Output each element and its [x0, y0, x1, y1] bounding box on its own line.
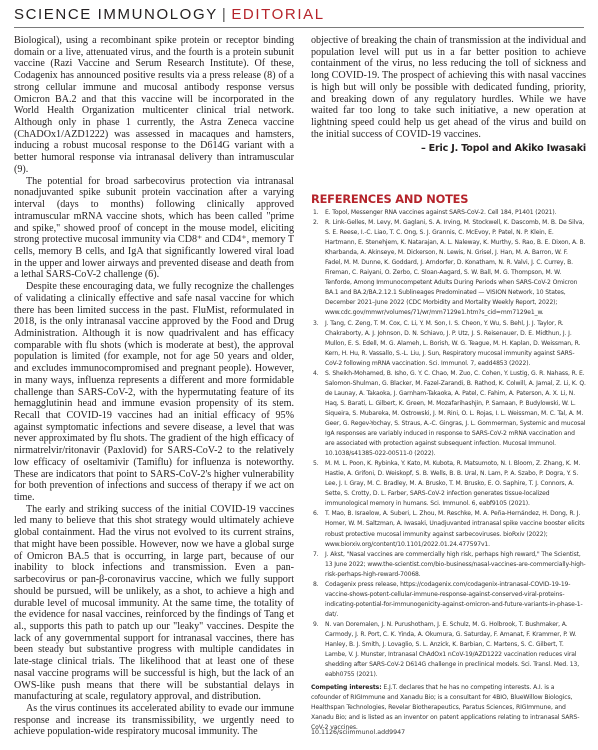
left-column: Biological), using a recombinant spike p…: [14, 35, 294, 738]
reference-item: 2.R. Link-Gelles, M. Levy, M. Gaglani, S…: [311, 218, 586, 318]
paragraph: The potential for broad sarbecovirus pro…: [14, 176, 294, 281]
right-column: objective of breaking the chain of trans…: [311, 35, 586, 155]
section-label: EDITORIAL: [231, 6, 324, 23]
doi-link[interactable]: 10.1126/sciimmunol.add9947: [311, 729, 405, 736]
competing-interests-label: Competing interests:: [311, 684, 382, 691]
header-separator: |: [222, 6, 228, 23]
paragraph: objective of breaking the chain of trans…: [311, 35, 586, 140]
paragraph: As the virus continues its accelerated a…: [14, 703, 294, 738]
paragraph: Despite these encouraging data, we fully…: [14, 281, 294, 504]
competing-interests: Competing interests: E.J.T. declares tha…: [311, 683, 586, 733]
paragraph: The early and striking success of the in…: [14, 504, 294, 703]
reference-item: 6.T. Mao, B. Israelow, A. Suberi, L. Zho…: [311, 509, 586, 549]
author-signature: – Eric J. Topol and Akiko Iwasaki: [311, 143, 586, 155]
reference-item: 7.J. Akst, "Nasal vaccines are commercia…: [311, 550, 586, 580]
journal-header: SCIENCE IMMUNOLOGY|EDITORIAL: [14, 6, 325, 23]
header-rule: [14, 27, 584, 28]
paragraph: Biological), using a recombinant spike p…: [14, 35, 294, 176]
reference-item: 4.S. Sheikh-Mohamed, B. Isho, G. Y. C. C…: [311, 369, 586, 459]
references-list: 1.E. Topol, Messenger RNA vaccines again…: [311, 208, 586, 680]
reference-item: 9.N. van Doremalen, J. N. Purushotham, J…: [311, 620, 586, 680]
competing-interests-text: E.J.T. declares that he has no competing…: [311, 684, 579, 731]
reference-item: 3.J. Tang, C. Zeng, T. M. Cox, C. Li, Y.…: [311, 319, 586, 369]
journal-name: SCIENCE IMMUNOLOGY: [14, 6, 218, 23]
reference-item: 8.Codagenix press release, https://codag…: [311, 580, 586, 620]
reference-item: 1.E. Topol, Messenger RNA vaccines again…: [311, 208, 586, 218]
reference-item: 5.M. M. L. Poon, K. Rybinka, Y. Kato, M.…: [311, 459, 586, 509]
references-title: REFERENCES AND NOTES: [311, 192, 468, 206]
